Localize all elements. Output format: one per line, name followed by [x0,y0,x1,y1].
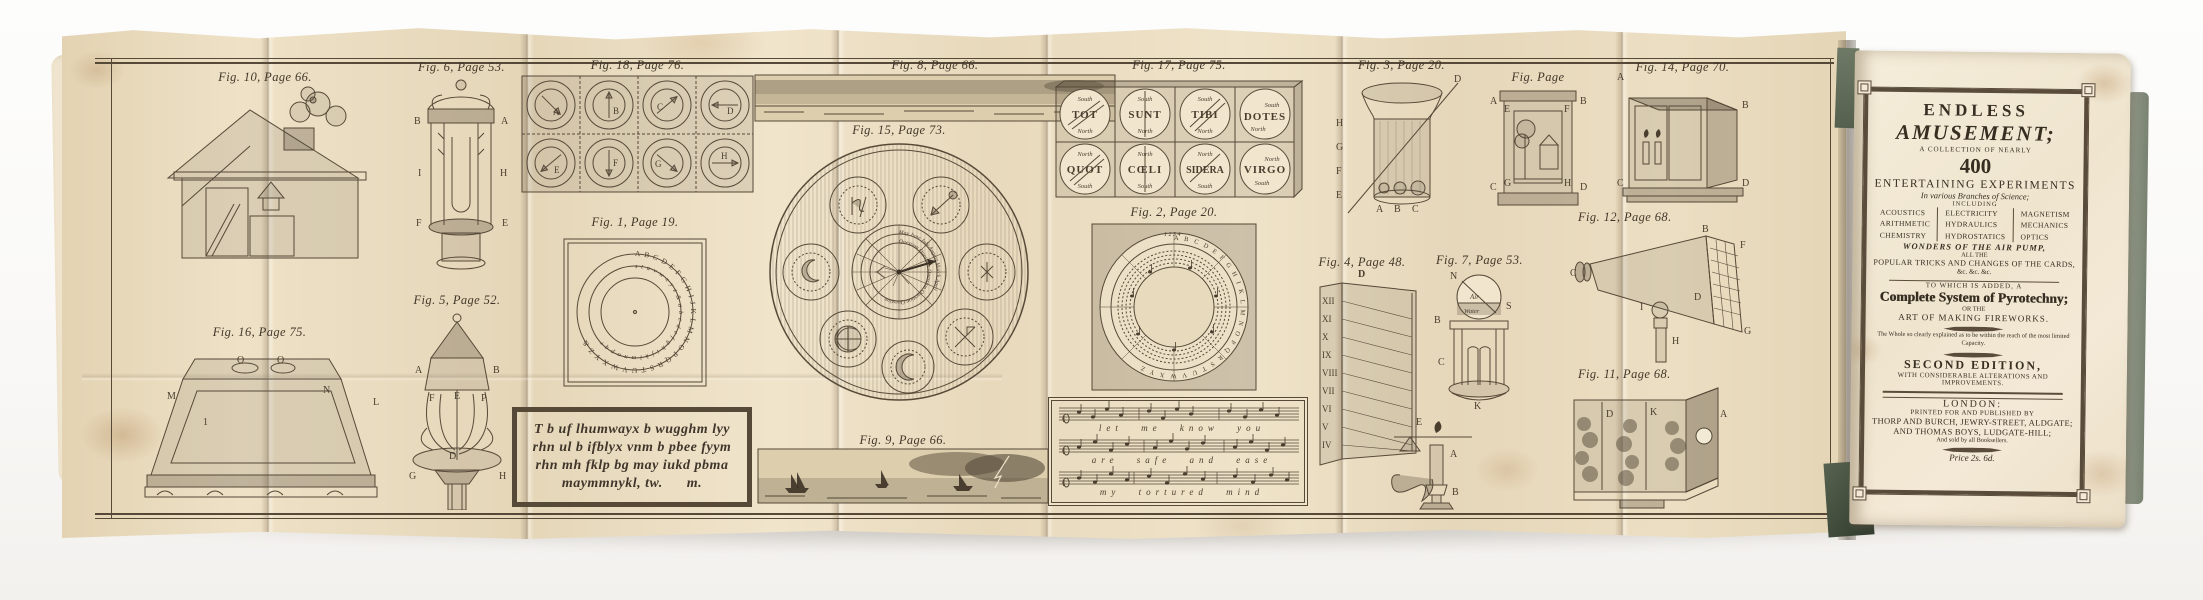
figure-caption: Fig. 6, Page 53. [414,60,509,75]
figure-label: A [1376,204,1383,215]
figure-label: B [1394,204,1401,215]
figure-fig7: Fig. 7, Page 53. Air Water N S B C K [1432,253,1527,418]
cipher-line: rhn mh fklp bg may iukd pbma [521,458,743,474]
subject: HYDROSTATICS [1945,230,2006,242]
figure-caption: Fig. 2, Page 20. [1090,205,1258,220]
figure-label: B [1580,96,1587,107]
plate-border-rule [1830,58,1831,518]
frame-corner-ornament [2081,83,2095,97]
svg-text:DOTES: DOTES [1244,111,1286,123]
whole-explained-line: The Whole so clearly explained as to be … [1873,330,2073,349]
figure-fig3: Fig. 3, Page 20. D H G F E A B C [1334,58,1469,223]
music-cipher-box: let me know you are safe and ease my tor… [1048,397,1308,506]
engraving-sloped-desk-illustration [137,343,382,508]
figure-label: D [1454,74,1461,85]
svg-text:V: V [1322,422,1329,432]
figure-label: D [1358,269,1365,280]
svg-text:South: South [1138,183,1153,190]
figure-fig5: Fig. 5, Page 52. A B F E P D G H [407,293,507,513]
figure-fig10: Fig. 10, Page 66. [150,70,380,265]
subject: MAGNETISM [2021,208,2070,220]
subject: OPTICS [2020,231,2069,243]
svg-text:South: South [1078,183,1093,190]
alterations-line: WITH CONSIDERABLE ALTERATIONS AND IMPROV… [1871,371,2075,387]
figure-label: E [502,218,508,229]
subjects-column-1: ACOUSTICS ARITHMETIC CHEMISTRY [1873,207,1938,242]
figure-fig2: Fig. 2, Page 20. [1090,205,1258,395]
engraving-compass-dials-illustration: A B C D E F G H [520,74,755,194]
figure-label: I [418,168,421,179]
fireworks-line: ART OF MAKING FIREWORKS. [1872,311,2076,323]
figure-label: B [414,116,421,127]
svg-text:South: South [1198,183,1213,190]
svg-text:C: C [657,102,663,112]
figure-caption: Fig. 5, Page 52. [407,293,507,308]
figure-fig13: Fig. Page A E F B C G H D [1488,70,1588,215]
figure-label: F [416,218,422,229]
figure-caption: Fig. 15, Page 73. [768,123,1030,138]
experiment-count: 400 [1873,153,2077,180]
figure-label: D [1694,292,1701,303]
figure-label: C [1617,178,1624,189]
figure-label: B [493,365,500,376]
figure-fig1: Fig. 1, Page 19. A B C D E F G H I J K L… [560,215,710,393]
svg-text:XI: XI [1322,314,1332,324]
figure-label: A [1720,409,1727,420]
engraving-candle-cabinet-illustration [1615,76,1750,208]
svg-text:North: North [1196,151,1212,158]
book-title-line2: AMUSEMENT; [1874,120,2078,147]
subject: HYDRAULICS [1945,219,2006,231]
engraving-latin-discs-illustration: South TOT North South SUNT North South T… [1050,73,1308,201]
svg-text:North: North [1263,156,1279,163]
figure-label: K [1650,407,1657,418]
engraving-horn-grid-illustration [1568,228,1760,368]
subject: ARITHMETIC [1880,218,1930,230]
figure-label: C [1412,204,1419,215]
figure-label: F [1740,240,1746,251]
cipher-line: maymmnykl, tw. m. [521,476,743,492]
svg-text:VI: VI [1322,404,1332,414]
figure-fig18: Fig. 18, Page 76. A B C D E F G H [520,58,755,198]
figure-candle: E A B [1390,415,1495,515]
plate-border-rule [95,518,1834,519]
figure-fig12: Fig. 12, Page 68. B F C D G I [1568,210,1760,370]
figure-label: C [1570,268,1577,279]
figure-label: I [1640,302,1643,313]
svg-text:QUOT: QUOT [1067,164,1103,176]
figure-label: C [1438,357,1445,368]
figure-label: H [500,168,507,179]
svg-text:B: B [613,106,619,116]
svg-text:A: A [553,107,560,117]
figure-label: H [499,471,506,482]
figure-fig17: Fig. 17, Page 75. South [1050,58,1308,203]
figure-label: N [323,385,330,396]
svg-text:SUNT: SUNT [1128,109,1161,121]
svg-text:Water: Water [1464,308,1480,315]
figure-caption: Fig. 1, Page 19. [560,215,710,230]
frame-corner-ornament [1852,486,1866,500]
figure-fig6: Fig. 6, Page 53. B A I H F E [414,60,509,272]
foldout-plate: Fig. 10, Page 66. Fig. 16, Page 75. [62,25,1846,540]
music-lyric-line: let me know you [1063,423,1301,433]
plate-border-rule [95,513,1834,515]
title-page-border-frame: ENDLESS AMUSEMENT; A COLLECTION OF NEARL… [1858,86,2089,497]
figure-label: D [449,451,456,462]
svg-text:North: North [1076,151,1092,158]
engraving-peep-box-illustration [1568,384,1748,509]
cipher-line: T b uf lhumwayx b wugghm lyy [521,422,743,438]
figure-caption: Fig. 7, Page 53. [1432,253,1527,268]
svg-text:VIII: VIII [1322,368,1338,378]
figure-label: O [237,355,244,366]
figure-label: A [415,365,422,376]
photo-of-open-book: Fig. 10, Page 66. Fig. 16, Page 75. [0,0,2203,600]
figure-fig9: Fig. 9, Page 66. [757,433,1049,505]
price-line: Price 2s. 6d. [1870,451,2074,463]
figure-caption: Fig. 18, Page 76. [520,58,755,73]
subjects-column-2: ELECTRICITY HYDRAULICS HYDROSTATICS [1937,207,2014,242]
music-lyric-line: my tortured mind [1063,487,1301,497]
figure-label: N [1450,271,1457,282]
engraving-air-water-globe-illustration: Air Water [1432,267,1527,415]
svg-text:North: North [1136,151,1152,158]
figure-label: K [1474,401,1481,412]
figure-label: E [1504,104,1510,115]
figure-label: E [1336,190,1342,201]
engraving-music-cipher-ring-illustration: A B C D E F G H I K L M N O P Q R S T U … [1090,222,1258,392]
svg-text:North: North [1076,128,1092,135]
figure-fig14: Fig. 14, Page 70. A B C D [1615,60,1750,210]
figure-label: G [1504,178,1511,189]
svg-text:X: X [1322,332,1329,342]
svg-text:South: South [1265,102,1280,109]
engraving-smoke-house-illustration [150,86,380,264]
svg-text:TOT: TOT [1072,109,1098,121]
subject: ACOUSTICS [1880,207,1930,219]
figure-label: A [1490,96,1497,107]
frame-corner-ornament [1857,80,1871,94]
cipher-text-box: T b uf lhumwayx b wugghm lyy rhn ul b if… [512,407,752,507]
svg-text:XII: XII [1322,296,1335,306]
engraving-ships-seascape-illustration [757,448,1049,504]
subject: MECHANICS [2021,220,2070,232]
engraving-cylinder-apparatus-illustration [414,75,509,270]
figure-label: H [1336,118,1343,129]
engraving-fountain-illustration [407,310,507,510]
plate-border-rule [111,58,112,518]
figure-label: M [167,391,176,402]
svg-text:South: South [1198,96,1213,103]
svg-text:H: H [721,151,728,161]
figure-label: D [1580,182,1587,193]
svg-text:E: E [554,165,560,175]
subject: CHEMISTRY [1880,229,1930,241]
figure-label: B [1452,487,1459,498]
figure-caption: Fig. 16, Page 75. [137,325,382,340]
engraving-great-dial-illustration: Question Question Question Question Ques… [768,143,1030,403]
figure-label: 1 [203,417,208,428]
svg-text:VIRGO: VIRGO [1244,164,1286,176]
engraving-glass-vessel-illustration [1334,73,1469,221]
figure-label: A [1617,72,1624,83]
figure-label: A [1450,449,1457,460]
svg-text:D: D [727,106,734,116]
subjects-columns: ACOUSTICS ARITHMETIC CHEMISTRY ELECTRICI… [1873,207,2077,243]
engraving-framed-scene-illustration [1488,85,1588,213]
music-lyric-line: are safe and ease [1063,455,1301,465]
figure-label: C [1490,182,1497,193]
svg-text:Air: Air [1469,293,1479,301]
figure-label: H [1672,336,1679,347]
figure-caption: Fig. 11, Page 68. [1568,367,1748,382]
svg-text:s t u v w x y z & a b c d e f: s t u v w x y z & a b c d e f g h i j k … [598,263,684,361]
figure-label: L [373,397,379,408]
pyrotechny-title: Complete System of Pyrotechny; [1872,288,2076,306]
figure-label: G [1744,326,1751,337]
figure-caption: Fig. 14, Page 70. [1615,60,1750,75]
figure-label: E [454,391,460,402]
figure-label: F [1564,104,1570,115]
figure-label: O [277,355,284,366]
frame-corner-ornament [2076,489,2090,503]
engraving-cipher-wheel-illustration: A B C D E F G H I J K L M N O P Q R S T … [560,235,710,390]
cipher-line: rhn ul b ifblyx vnm b pbee fyym [521,440,743,456]
figure-caption: Fig. 12, Page 68. [1568,210,1760,225]
figure-label: B [1702,224,1709,235]
figure-caption: Fig. 4, Page 48. [1302,255,1422,270]
figure-fig15: Fig. 15, Page 73. [768,123,1030,405]
figure-caption: Fig. Page [1488,70,1588,85]
svg-text:SIDERA: SIDERA [1186,165,1225,176]
svg-text:F: F [613,158,618,168]
figure-label: F [1336,166,1342,177]
figure-label: F [429,393,435,404]
svg-text:CŒLI: CŒLI [1128,164,1163,176]
svg-text:South: South [1138,96,1153,103]
figure-fig16: Fig. 16, Page 75. O O M N L 1 [137,325,382,510]
figure-label: S [1506,301,1512,312]
figure-label: B [1434,315,1441,326]
svg-text:South: South [1255,180,1270,187]
svg-text:1 2 3 4: 1 2 3 4 [1164,231,1181,238]
figure-caption: Fig. 17, Page 75. [1050,58,1308,73]
svg-text:VII: VII [1322,386,1335,396]
figure-caption: Fig. 9, Page 66. [757,433,1049,448]
svg-text:IX: IX [1322,350,1332,360]
subjects-column-3: MAGNETISM MECHANICS OPTICS [2013,208,2076,243]
figure-label: D [1606,409,1613,420]
book-title-line1: ENDLESS [1874,100,2078,122]
figure-caption: Fig. 10, Page 66. [150,70,380,85]
figure-label: P [481,393,487,404]
figure-label: B [1742,100,1749,111]
figure-label: G [1336,142,1343,153]
title-page: ENDLESS AMUSEMENT; A COLLECTION OF NEARL… [1849,50,2131,527]
svg-text:North: North [1249,126,1265,133]
figure-label: A [501,116,508,127]
figure-label: E [1416,417,1422,428]
figure-caption: Fig. 3, Page 20. [1334,58,1469,73]
subject: ELECTRICITY [1945,207,2006,219]
figure-label: D [1742,178,1749,189]
svg-text:TIBI: TIBI [1191,109,1218,121]
svg-text:North: North [1136,128,1152,135]
svg-text:South: South [1078,96,1093,103]
figure-label: H [1564,178,1571,189]
figure-label: G [409,471,416,482]
svg-text:IV: IV [1322,440,1332,450]
svg-text:North: North [1196,128,1212,135]
svg-text:G: G [655,159,662,169]
engraving-candle-illustration [1390,415,1495,515]
figure-fig11: Fig. 11, Page 68. D K A [1568,367,1748,512]
